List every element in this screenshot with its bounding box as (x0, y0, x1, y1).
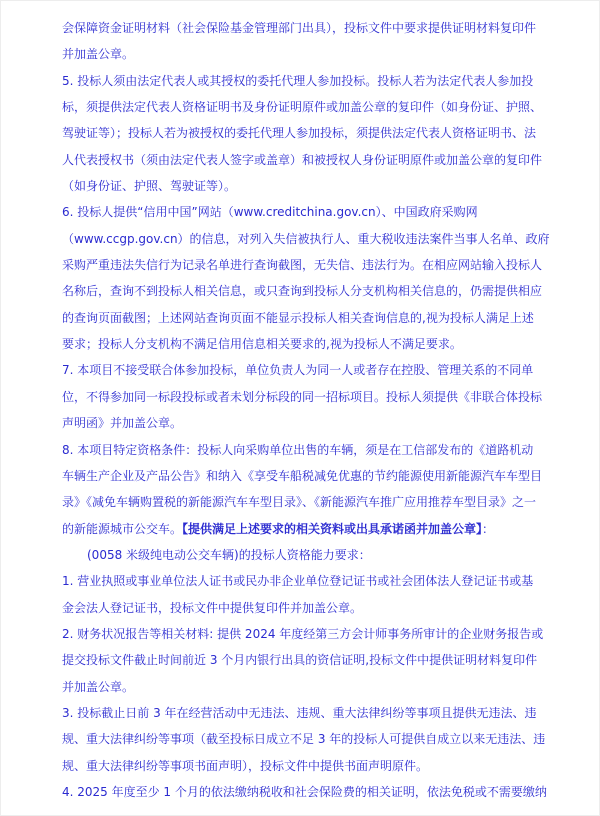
lot-requirement-heading: (0058 米级纯电动公交车辆)的投标人资格能力要求： (62, 542, 548, 568)
bold-notice-segment: 【提供满足上述要求的相关资料或出具承诺函并加盖公章】 (182, 522, 482, 536)
text-line: 提交投标文件截止时间前近 3 个月内银行出具的资信证明,投标文件中提供证明材料复… (62, 647, 548, 673)
text-line: 4. 2025 年度至少 1 个月的依法缴纳税收和社会保险费的相关证明，依法免税… (62, 779, 548, 805)
text-line: 名称后，查询不到投标人相关信息，或只查询到投标人分支机构相关信息的，仍需提供相应 (62, 278, 548, 304)
text-line: 录》《减免车辆购置税的新能源汽车车型目录》、《新能源汽车推广应用推荐车型目录》之… (62, 489, 548, 515)
text-segment: ： (482, 522, 494, 536)
text-line: 并加盖公章。 (62, 41, 548, 67)
text-line: 会保障资金证明材料（社会保险基金管理部门出具），投标文件中要求提供证明材料复印件 (62, 15, 548, 41)
text-line: 5. 投标人须由法定代表人或其授权的委托代理人参加投标。投标人若为法定代表人参加… (62, 68, 548, 94)
text-line: 7. 本项目不接受联合体参加投标，单位负责人为同一人或者存在控股、管理关系的不同… (62, 357, 548, 383)
text-line: 标，须提供法定代表人资格证明书及身份证明原件或加盖公章的复印件（如身份证、护照、 (62, 94, 548, 120)
text-line: 车辆生产企业及产品公告》和纳入《享受车船税减免优惠的节约能源使用新能源汽车车型目 (62, 463, 548, 489)
text-line: 采购严重违法失信行为记录名单进行查询截图，无失信、违法行为。在相应网站输入投标人 (62, 252, 548, 278)
text-line: 位，不得参加同一标段投标或者未划分标段的同一招标项目。投标人须提供《非联合体投标 (62, 384, 548, 410)
text-line: （www.ccgp.gov.cn）的信息，对列入失信被执行人、重大税收违法案件当… (62, 226, 548, 252)
text-line: 8. 本项目特定资格条件：投标人向采购单位出售的车辆，须是在工信部发布的《道路机… (62, 437, 548, 463)
text-line: 金会法人登记证书，投标文件中提供复印件并加盖公章。 (62, 595, 548, 621)
text-line: 6. 投标人提供“信用中国”网站（www.creditchina.gov.cn）… (62, 199, 548, 225)
text-line: 并加盖公章。 (62, 674, 548, 700)
text-segment: 的新能源城市公交车。 (62, 522, 182, 536)
text-line: 声明函》并加盖公章。 (62, 410, 548, 436)
text-line: 的查询页面截图；上述网站查询页面不能显示投标人相关查询信息的,视为投标人满足上述 (62, 305, 548, 331)
text-line: 2. 财务状况报告等相关材料: 提供 2024 年度经第三方会计师事务所审计的企… (62, 621, 548, 647)
text-line: 3. 投标截止日前 3 年在经营活动中无违法、违规、重大法律纠纷等事项且提供无违… (62, 700, 548, 726)
text-line: 规、重大法律纠纷等事项书面声明），投标文件中提供书面声明原件。 (62, 753, 548, 779)
text-line: 人代表授权书（须由法定代表人签字或盖章）和被授权人身份证明原件或加盖公章的复印件 (62, 147, 548, 173)
text-line: 要求；投标人分支机构不满足信用信息相关要求的,视为投标人不满足要求。 (62, 331, 548, 357)
text-line: 驾驶证等）；投标人若为被授权的委托代理人参加投标，须提供法定代表人资格证明书、法 (62, 120, 548, 146)
text-line: （如身份证、护照、驾驶证等）。 (62, 173, 548, 199)
text-line: 1. 营业执照或事业单位法人证书或民办非企业单位登记证书或社会团体法人登记证书或… (62, 568, 548, 594)
text-line-with-bold-notice: 的新能源城市公交车。【提供满足上述要求的相关资料或出具承诺函并加盖公章】： (62, 516, 548, 542)
text-line: 规、重大法律纠纷等事项（截至投标日成立不足 3 年的投标人可提供自成立以来无违法… (62, 726, 548, 752)
document-page: 会保障资金证明材料（社会保险基金管理部门出具），投标文件中要求提供证明材料复印件… (62, 15, 548, 805)
